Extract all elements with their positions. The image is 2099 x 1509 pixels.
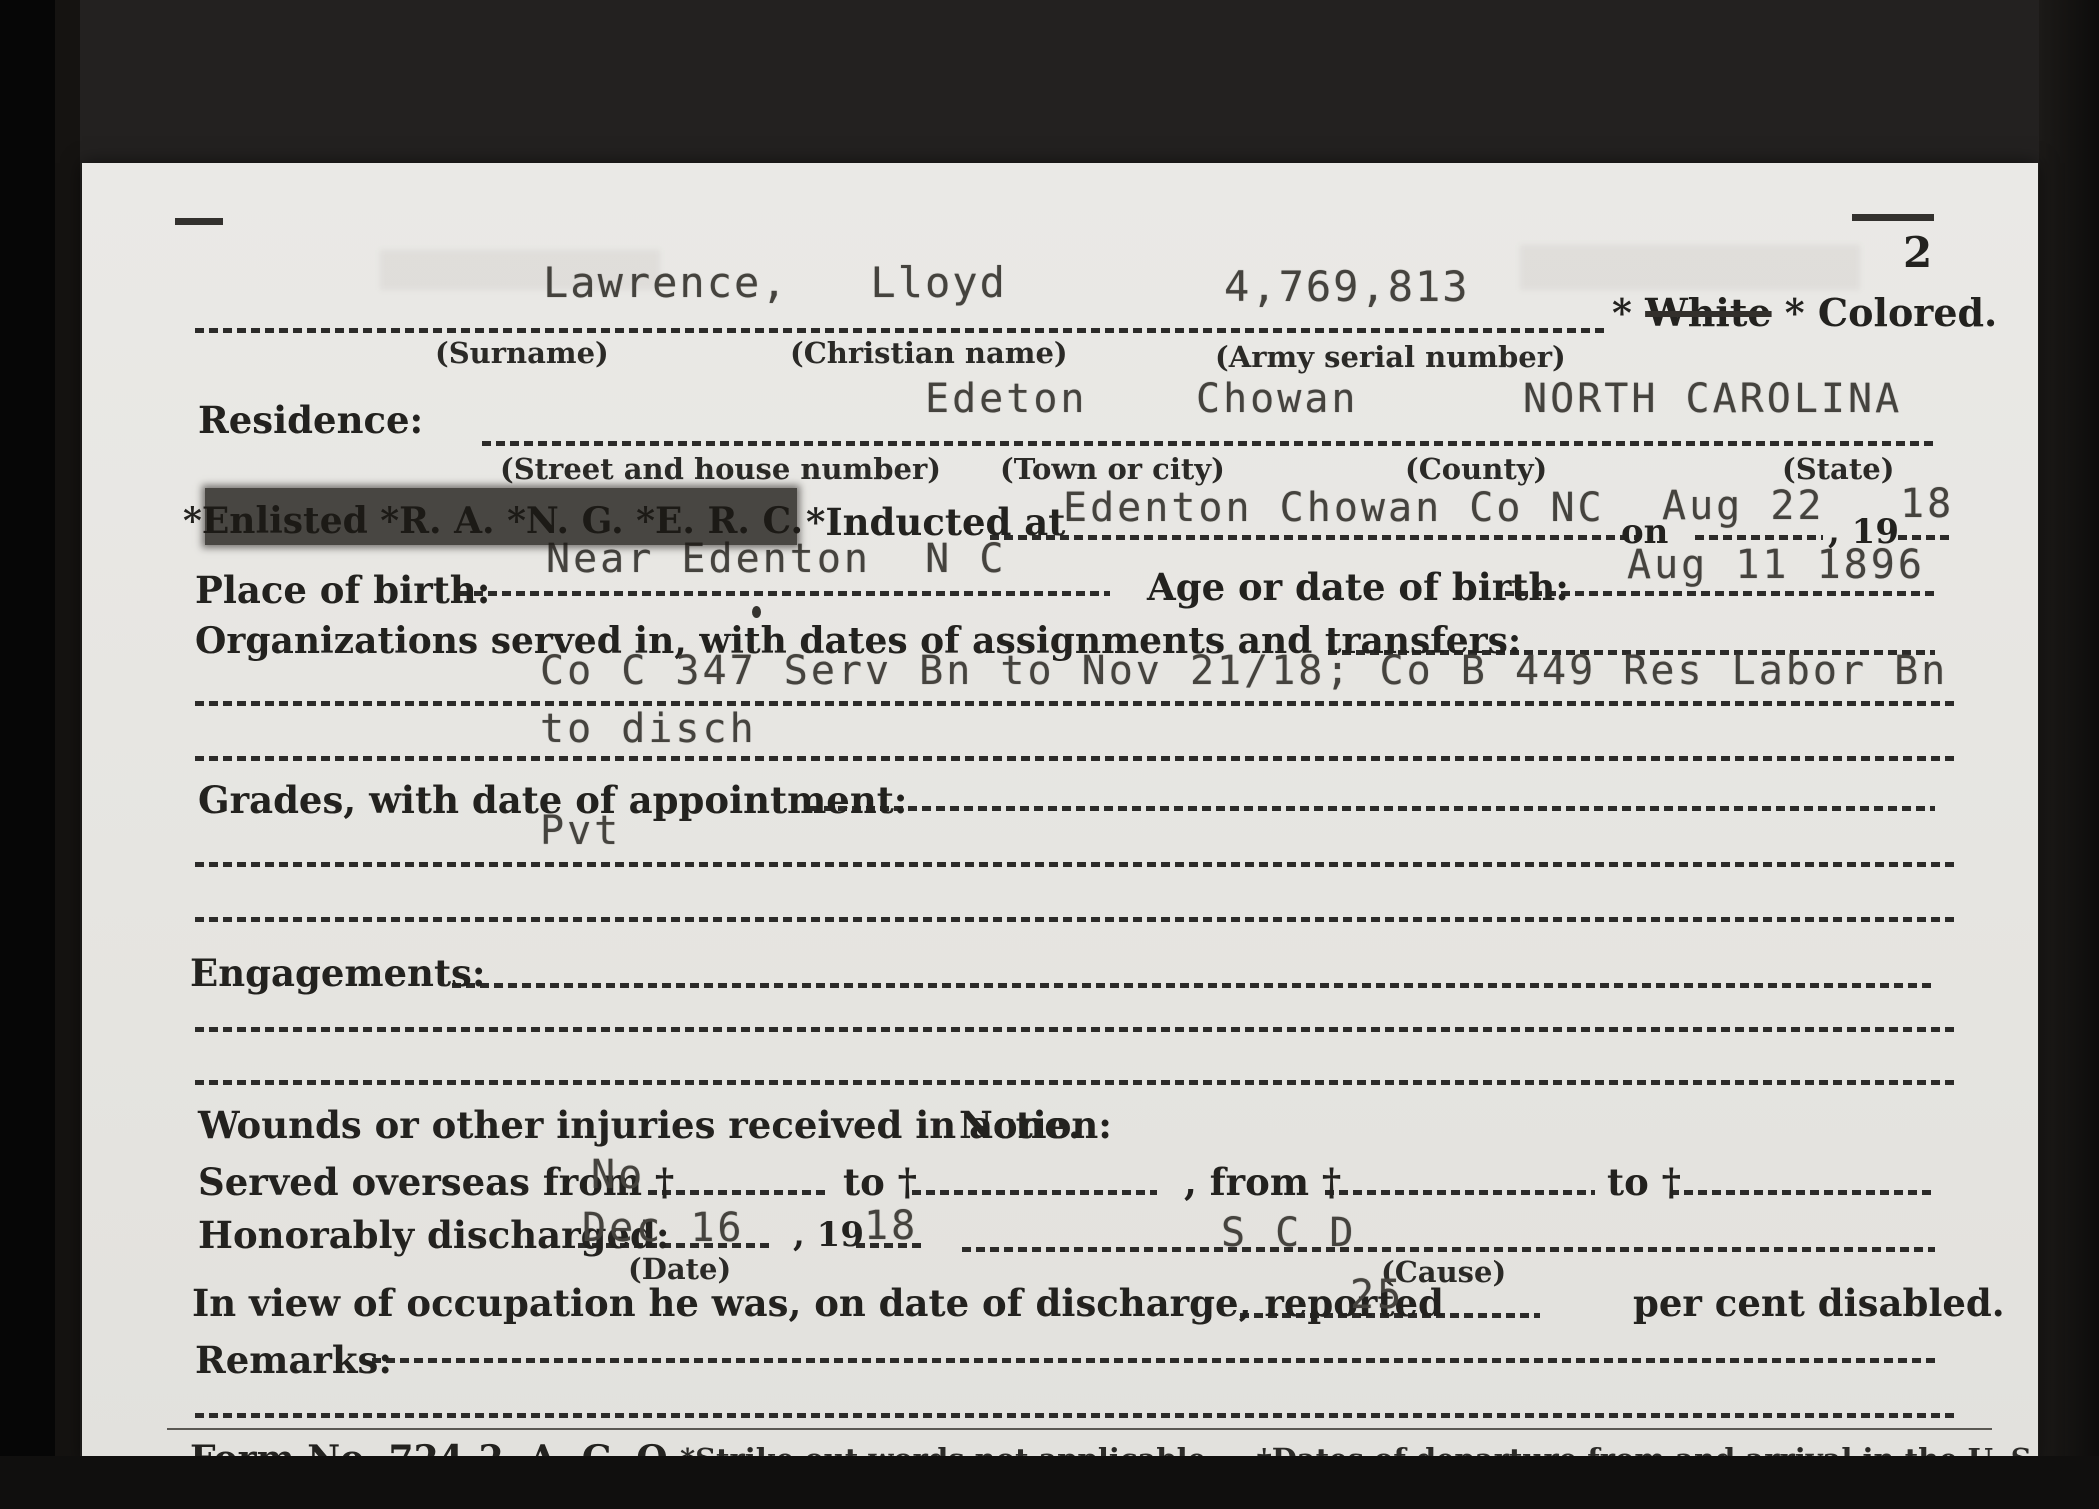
race-star1: * [1612, 290, 1645, 335]
dotted-rule [810, 806, 1935, 811]
dotted-rule [482, 441, 1934, 446]
grades-value: Pvt [540, 808, 621, 854]
dotted-rule [1505, 591, 1937, 596]
dotted-rule [372, 1358, 1935, 1363]
dotted-rule [195, 862, 1955, 867]
race-colored: Colored. [1818, 290, 1997, 335]
surname-label: (Surname) [435, 336, 609, 370]
dotted-rule [1695, 535, 1823, 540]
ink-dot [752, 606, 761, 618]
corner-dash-left [175, 218, 223, 225]
disability-suffix: per cent disabled. [1633, 1281, 2005, 1325]
remarks-label: Remarks: [195, 1338, 392, 1382]
discharge-date-value: Dec 16 [582, 1205, 745, 1251]
residence-label: Residence: [198, 398, 423, 442]
induction-year-value: 18 [1900, 481, 1954, 527]
residence-state-value: NORTH CAROLINA [1523, 376, 1902, 422]
dotted-rule [912, 1190, 1157, 1195]
discharge-cause-value: S C D [1221, 1210, 1356, 1256]
disability-value: 25 [1350, 1272, 1404, 1318]
county-label: (County) [1405, 452, 1547, 486]
race-selector: * White * Colored. [1612, 290, 1997, 335]
overseas-from2-label: , from † [1184, 1160, 1341, 1204]
discharge-year-value: 18 [864, 1203, 918, 1249]
induction-date-value: Aug 22 [1662, 483, 1825, 529]
film-edge-left [0, 0, 80, 1509]
overseas-from-value: No [591, 1152, 645, 1198]
dotted-rule [195, 1080, 1955, 1085]
state-label: (State) [1782, 452, 1894, 486]
wounds-value: None. [959, 1103, 1081, 1147]
place-of-birth-label: Place of birth: [195, 568, 490, 612]
town-label: (Town or city) [1000, 452, 1225, 486]
dotted-rule [648, 1190, 826, 1195]
scan-bottom-border [0, 1456, 2099, 1509]
race-star2: * [1772, 290, 1818, 335]
dotted-rule [1898, 535, 1954, 540]
dotted-rule [195, 756, 1955, 761]
scan-top-border [80, 0, 2099, 163]
dotted-rule [452, 983, 1935, 988]
dotted-rule [195, 1413, 1955, 1418]
street-label: (Street and house number) [500, 452, 941, 486]
footer-rule [167, 1428, 1992, 1430]
corner-dash-right [1852, 214, 1934, 221]
residence-county-value: Chowan [1196, 376, 1359, 422]
engagements-label: Engagements: [190, 951, 486, 995]
dotted-rule [990, 535, 1638, 540]
redaction-bar [205, 488, 797, 545]
page-number: 2 [1903, 228, 1932, 277]
scanned-service-record: 2 Lawrence, Lloyd 4,769,813 * White * Co… [0, 0, 2099, 1509]
dotted-rule [1670, 1190, 1935, 1195]
discharge-19-prefix: , 19 [793, 1215, 864, 1255]
bleedthrough-smudge [1520, 245, 1860, 290]
serial-value: 4,769,813 [1224, 262, 1470, 311]
age-value: Aug 11 1896 [1627, 542, 1925, 588]
race-white-struck: White [1645, 290, 1771, 335]
organizations-line2-value: to disch [540, 706, 757, 752]
dotted-rule [1325, 1190, 1595, 1195]
serial-label: (Army serial number) [1215, 340, 1566, 374]
film-edge-right [2039, 0, 2099, 1509]
dotted-rule [195, 917, 1955, 922]
overseas-to2-label: to † [1607, 1160, 1681, 1204]
overseas-to-label: to † [843, 1160, 917, 1204]
dotted-rule [460, 591, 1110, 596]
dotted-rule [195, 1027, 1955, 1032]
disability-prefix: In view of occupation he was, on date of… [192, 1281, 1444, 1325]
christian-name-label: (Christian name) [790, 336, 1068, 370]
dotted-rule [195, 328, 1607, 333]
residence-town-value: Edeton [925, 376, 1088, 422]
dotted-rule [195, 701, 1955, 706]
dotted-rule [962, 1247, 1935, 1252]
organizations-line1-value: Co C 347 Serv Bn to Nov 21/18; Co B 449 … [540, 648, 1948, 694]
name-value: Lawrence, Lloyd [543, 258, 1007, 307]
inducted-place-value: Edenton Chowan Co NC [1063, 485, 1605, 531]
age-label: Age or date of birth: [1147, 565, 1569, 609]
